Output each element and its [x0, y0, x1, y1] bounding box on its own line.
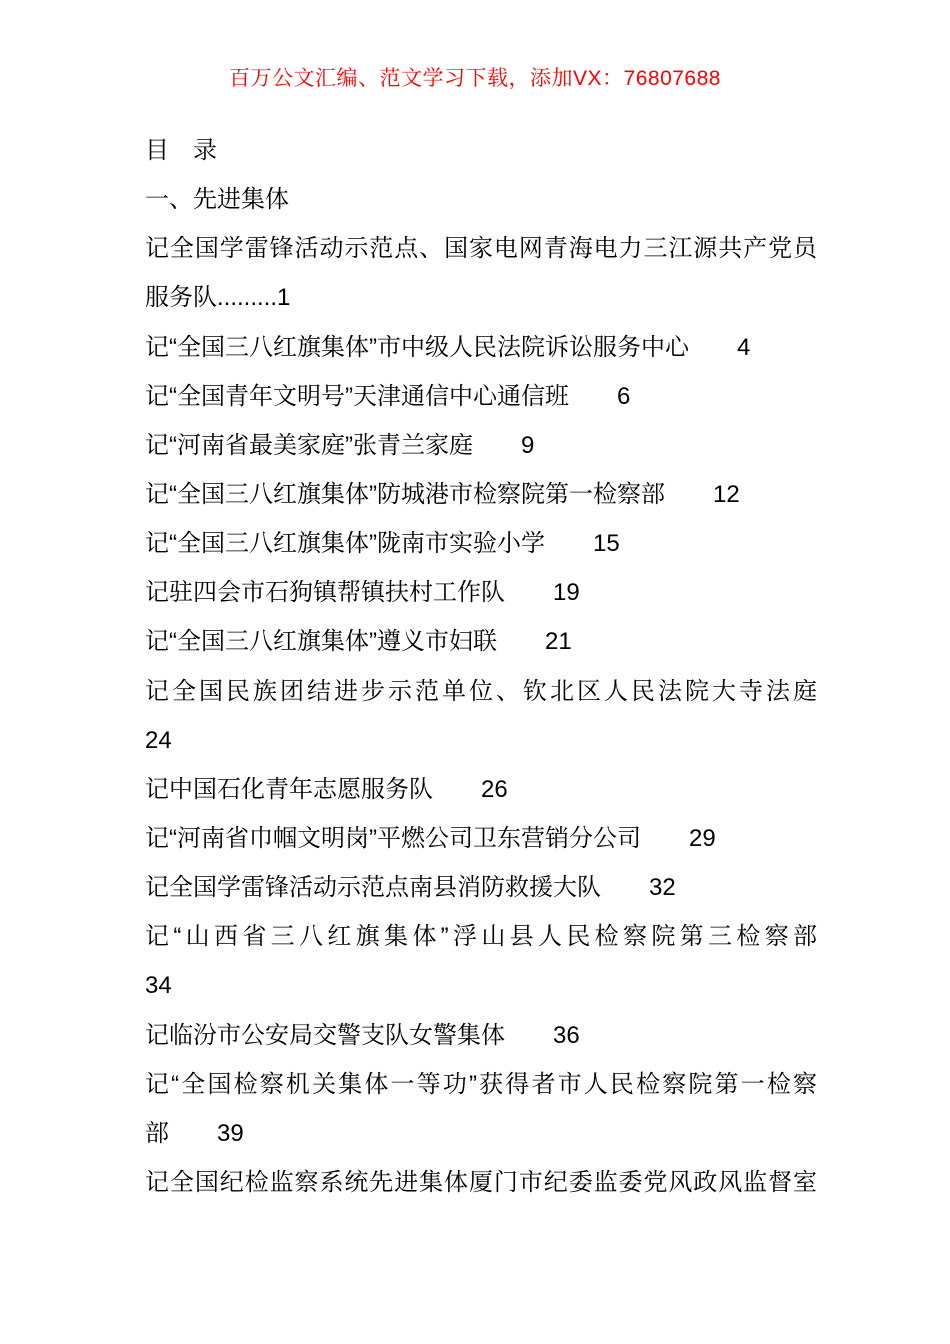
toc-line-text: 记“河南省巾帼文明岗”平燃公司卫东营销分公司: [145, 825, 641, 852]
toc-line-text: 记“山西省三八红旗集体”浮山县人民检察院第三检察部: [145, 923, 817, 950]
toc-line: 记“全国青年文明号”天津通信中心通信班6: [145, 372, 817, 421]
toc-line-text: 记“全国三八红旗集体”防城港市检察院第一检察部: [145, 481, 665, 508]
toc-line-text: 记“全国三八红旗集体”市中级人民法院诉讼服务中心: [145, 334, 689, 361]
toc-line-text: 记中国石化青年志愿服务队: [145, 776, 433, 803]
toc-line: 记“全国三八红旗集体”陇南市实验小学15: [145, 519, 817, 568]
toc-line-text: 记“全国三八红旗集体”遵义市妇联: [145, 628, 497, 655]
toc-page-number: 4: [737, 334, 750, 361]
toc-line: 24: [145, 716, 817, 765]
toc-title: 目 录: [145, 126, 817, 175]
toc-page-number: 26: [481, 776, 508, 803]
toc-line: 记“河南省巾帼文明岗”平燃公司卫东营销分公司29: [145, 814, 817, 863]
toc-line: 记全国民族团结进步示范单位、钦北区人民法院大寺法庭: [145, 667, 817, 716]
toc-line-text: 记“全国青年文明号”天津通信中心通信班: [145, 383, 569, 410]
toc-line: 记全国学雷锋活动示范点南县消防救援大队32: [145, 863, 817, 912]
toc-line: 记全国纪检监察系统先进集体厦门市纪委监委党风政风监督室: [145, 1158, 817, 1207]
toc-line: 部39: [145, 1109, 817, 1158]
toc-line-text: 记“全国三八红旗集体”陇南市实验小学: [145, 530, 545, 557]
toc-line: 服务队.........1: [145, 273, 817, 322]
toc-line-text: 记全国学雷锋活动示范点、国家电网青海电力三江源共产党员: [145, 235, 817, 262]
toc-line-text: 记驻四会市石狗镇帮镇扶村工作队: [145, 579, 505, 606]
toc-page-number: 29: [689, 825, 716, 852]
toc-line: 记临汾市公安局交警支队女警集体36: [145, 1011, 817, 1060]
toc-line-text: 24: [145, 727, 172, 754]
toc-line: 记“河南省最美家庭”张青兰家庭9: [145, 421, 817, 470]
toc-line: 记驻四会市石狗镇帮镇扶村工作队19: [145, 568, 817, 617]
toc-page-number: 19: [553, 579, 580, 606]
toc-line: 记“全国三八红旗集体”防城港市检察院第一检察部12: [145, 470, 817, 519]
toc-line-text: 服务队.........1: [145, 284, 290, 311]
toc-line: 记“全国三八红旗集体”遵义市妇联21: [145, 617, 817, 666]
toc-page-number: 36: [553, 1022, 580, 1049]
toc-page-number: 39: [217, 1120, 244, 1147]
toc-line: 记全国学雷锋活动示范点、国家电网青海电力三江源共产党员: [145, 224, 817, 273]
toc-line-text: 记“全国检察机关集体一等功”获得者市人民检察院第一检察: [145, 1071, 817, 1098]
toc-line: 34: [145, 961, 817, 1010]
toc-page-number: 21: [545, 628, 572, 655]
toc-line-text: 部: [145, 1120, 169, 1147]
toc-line: 记“全国检察机关集体一等功”获得者市人民检察院第一检察: [145, 1060, 817, 1109]
toc-page-number: 9: [521, 432, 534, 459]
toc-line-text: 记“河南省最美家庭”张青兰家庭: [145, 432, 473, 459]
header-notice: 百万公文汇编、范文学习下载，添加VX：76807688: [0, 64, 950, 94]
toc-line: 记“全国三八红旗集体”市中级人民法院诉讼服务中心4: [145, 323, 817, 372]
document-page: 百万公文汇编、范文学习下载，添加VX：76807688 目 录 一、先进集体 记…: [0, 0, 950, 1344]
toc-line-text: 记临汾市公安局交警支队女警集体: [145, 1022, 505, 1049]
toc-section-heading: 一、先进集体: [145, 175, 817, 224]
toc-line-text: 记全国民族团结进步示范单位、钦北区人民法院大寺法庭: [145, 678, 817, 705]
toc-line: 记中国石化青年志愿服务队26: [145, 765, 817, 814]
toc-list: 记全国学雷锋活动示范点、国家电网青海电力三江源共产党员服务队.........1…: [145, 224, 817, 1207]
toc-line-text: 记全国纪检监察系统先进集体厦门市纪委监委党风政风监督室: [145, 1169, 817, 1196]
toc-page-number: 32: [649, 874, 676, 901]
toc-content: 目 录 一、先进集体 记全国学雷锋活动示范点、国家电网青海电力三江源共产党员服务…: [145, 126, 817, 1207]
toc-line: 记“山西省三八红旗集体”浮山县人民检察院第三检察部: [145, 912, 817, 961]
toc-line-text: 34: [145, 972, 172, 999]
toc-page-number: 12: [713, 481, 740, 508]
toc-page-number: 6: [617, 383, 630, 410]
toc-page-number: 15: [593, 530, 620, 557]
toc-line-text: 记全国学雷锋活动示范点南县消防救援大队: [145, 874, 601, 901]
